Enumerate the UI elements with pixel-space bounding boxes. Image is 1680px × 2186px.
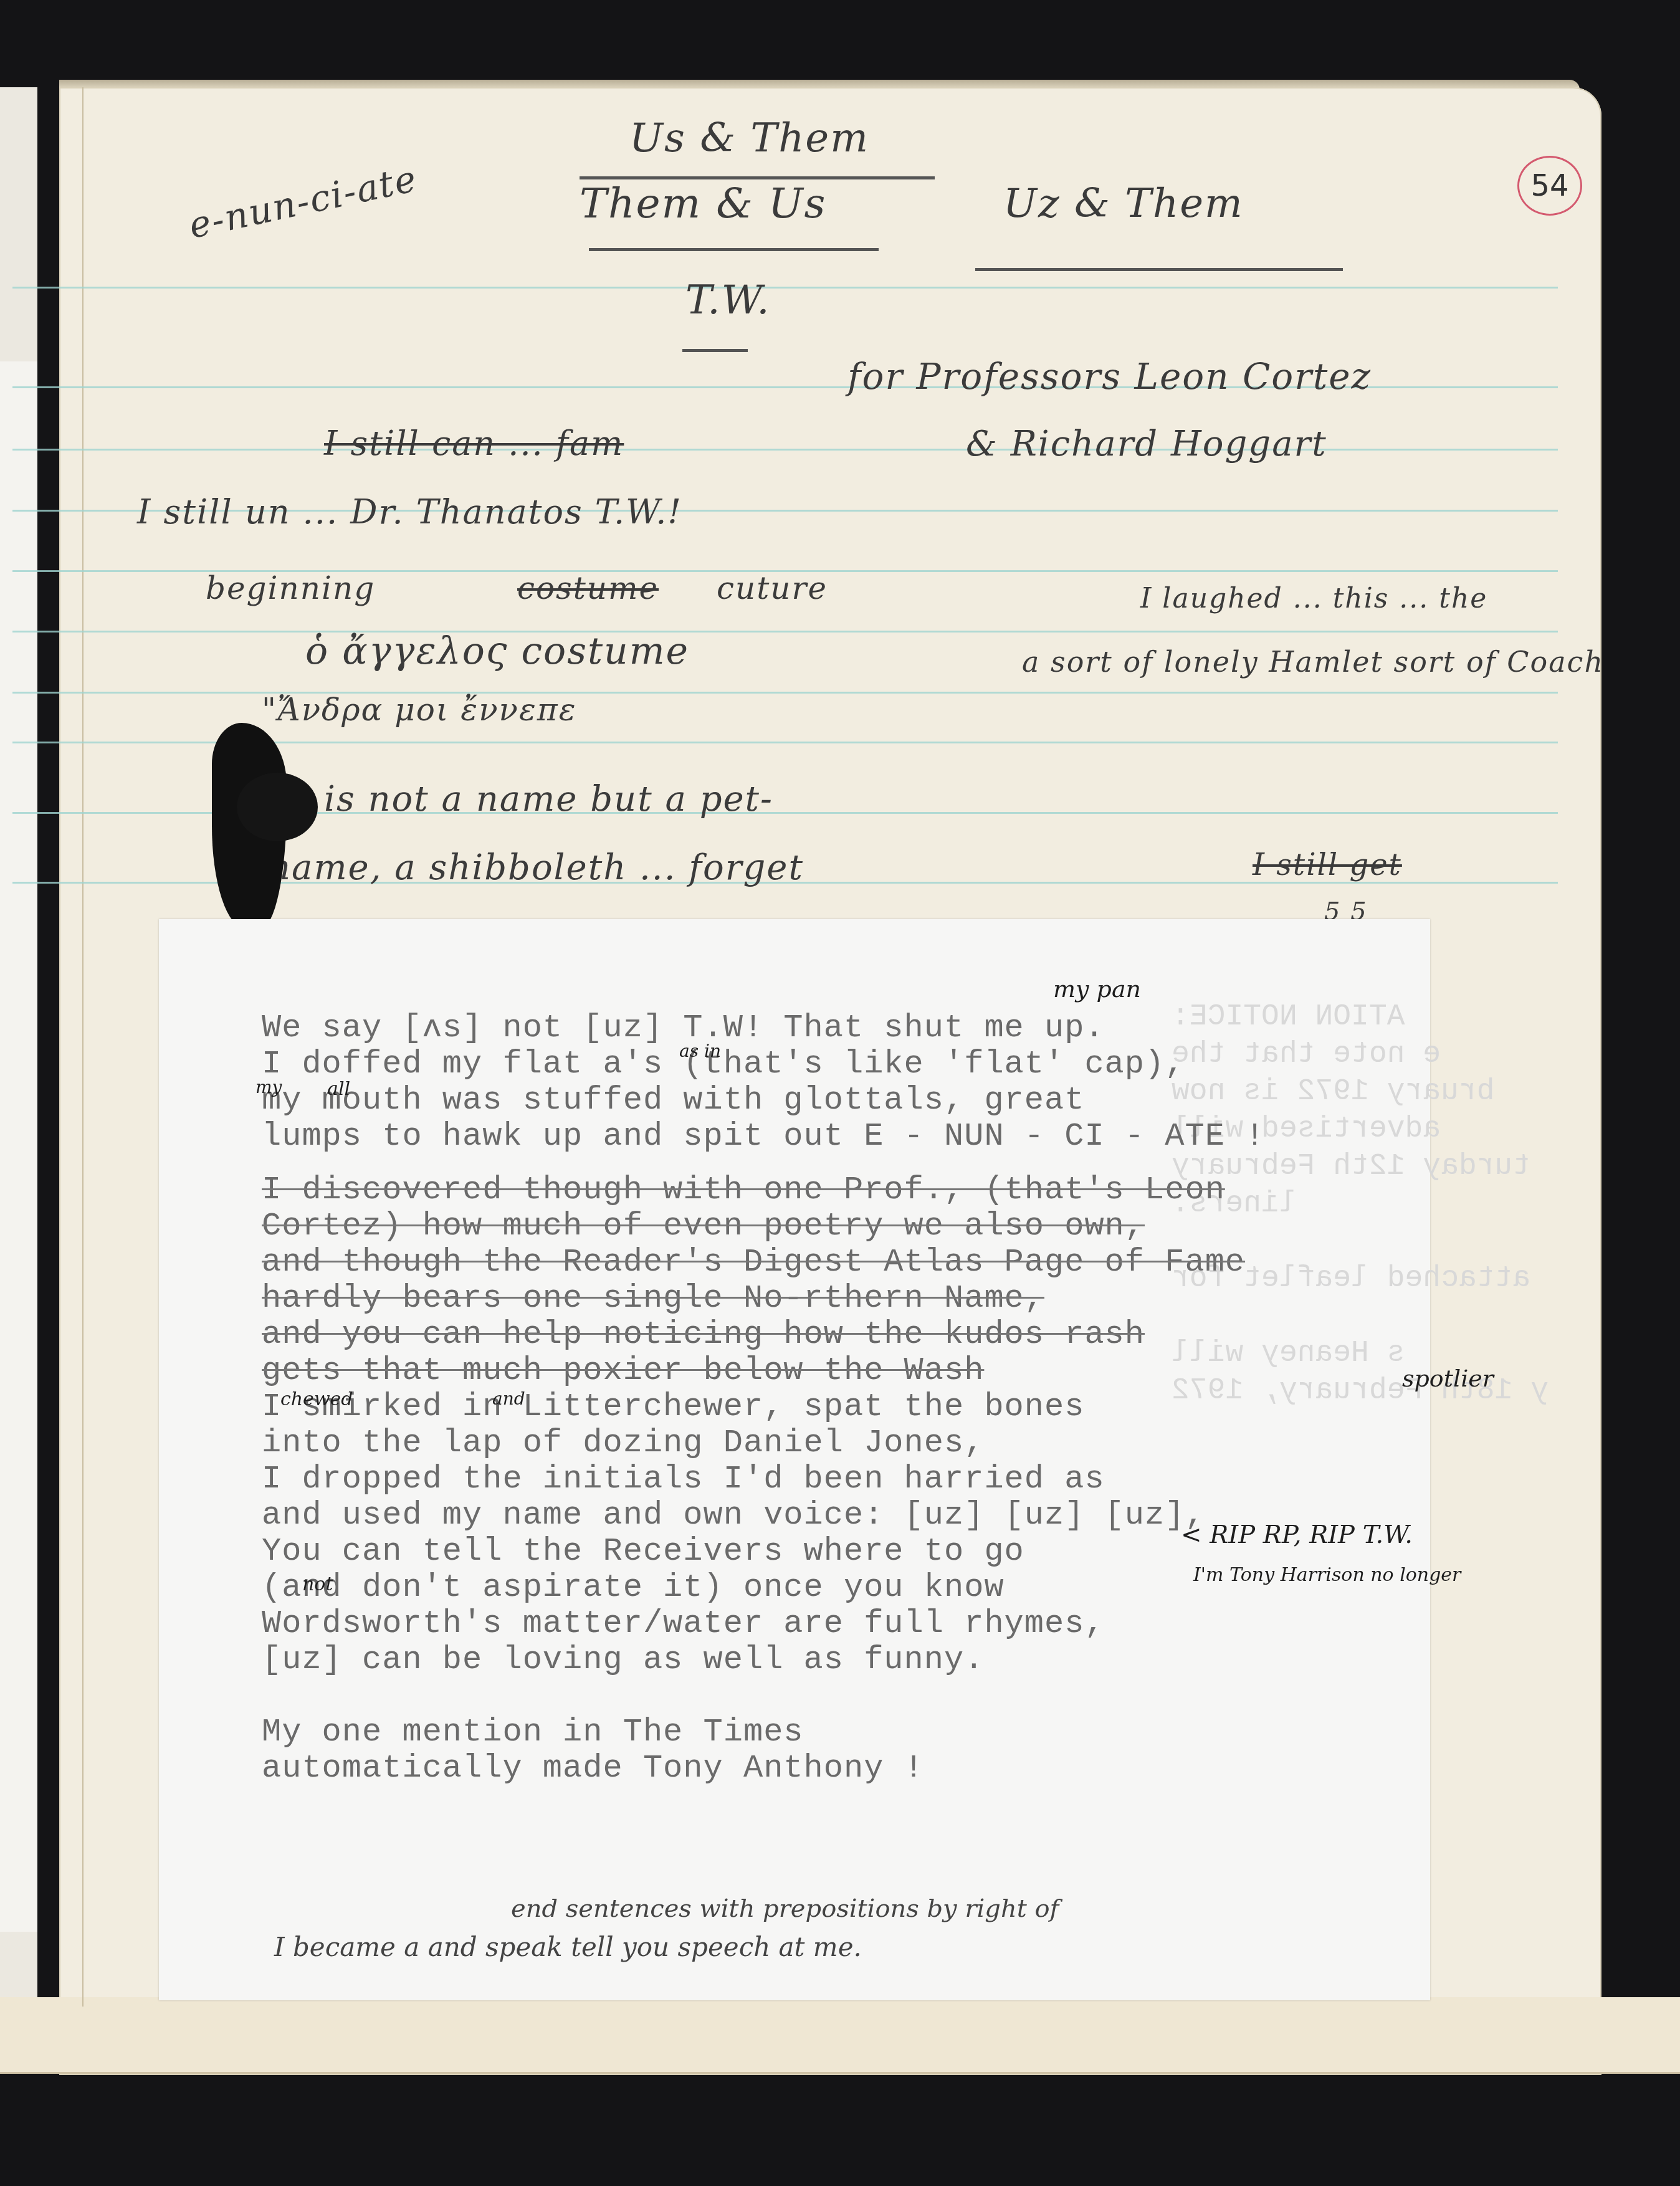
pasted-slip-left (0, 361, 37, 1932)
title-variant-them-and-us: Them & Us (580, 176, 935, 227)
note-greek-angelos: ὁ ἄγγελος costume (305, 629, 689, 673)
binding-margin (82, 87, 84, 2007)
note-still-get-struck: I still get (1253, 847, 1402, 882)
folio-number-text: 54 (1530, 168, 1568, 203)
annotation-my-pan: my pan (1053, 975, 1141, 1003)
ts-line-14: and used my name and own voice: [uz] [uz… (262, 1497, 1205, 1534)
note-sort-of-hamlet: a sort of lonely Hamlet sort of Coach (1022, 645, 1604, 679)
ts-line-20: My one mention in The Times (262, 1714, 804, 1750)
title-underline (589, 248, 879, 251)
ts-line-10: gets that much poxier below the Wash (262, 1352, 984, 1389)
ts-line-15: You can tell the Receivers where to go (262, 1533, 1024, 1570)
margin-note-tony-harrison: I'm Tony Harrison no longer (1193, 1564, 1461, 1586)
note-laughed: I laughed ... this ... the (1140, 583, 1487, 614)
footer-note-line-1: end sentences with prepositions by right… (511, 1894, 1059, 1923)
ts-line-5: I discovered though with one Prof., (tha… (262, 1172, 1225, 1208)
note-shibboleth: name, a shibboleth ... forget (268, 847, 804, 888)
subtitle-tw: T.W. (685, 277, 771, 323)
ts-line-13: I dropped the initials I'd been harried … (262, 1461, 1105, 1497)
ghost-line: e note that the (1172, 1038, 1441, 1071)
footer-note-line-2: I became a and speak tell you speech at … (274, 1932, 862, 1962)
ts-line-8: hardly bears one single No-rthern Name, (262, 1280, 1044, 1317)
ts-line-9: and you can help noticing how the kudos … (262, 1316, 1145, 1353)
ts-line-3: my mouth was stuffed with glottals, grea… (262, 1082, 1084, 1119)
ts-line-17: Wordsworth's matter/water are full rhyme… (262, 1605, 1105, 1642)
ink-blot-spread (237, 773, 318, 841)
annotation-my: my (255, 1077, 282, 1097)
ts-line-11: I smirked in Litterchewer, spat the bone… (262, 1388, 1084, 1425)
ts-line-6: Cortez) how much of even poetry we also … (262, 1208, 1145, 1244)
ts-line-4: lumps to hawk up and spit out E - NUN - … (262, 1118, 1265, 1155)
ts-line-21: automatically made Tony Anthony ! (262, 1750, 924, 1787)
ts-line-2: I doffed my flat a's (that's like 'flat'… (262, 1046, 1185, 1082)
note-pet-name: is not a name but a pet- (324, 779, 773, 819)
note-costume-struck: costume (517, 570, 659, 606)
note-greek-homer: "Ἄνδρα μοι ἔννεπε (262, 692, 576, 728)
ghost-line: s Heaney will (1172, 1337, 1405, 1370)
annotation-and: and (492, 1388, 525, 1409)
note-beginning: beginning (206, 570, 375, 606)
title-underline-2 (975, 268, 1343, 271)
note-cuture: cuture (717, 570, 828, 606)
ts-line-16: (and don't aspirate it) once you know (262, 1569, 1005, 1606)
annotation-not: not (302, 1573, 333, 1595)
ghost-line: ATION NOTICE: (1172, 1000, 1405, 1034)
annotation-chewed: chewed (280, 1388, 353, 1410)
note-thanatos: I still un ... Dr. Thanatos T.W.! (137, 492, 682, 532)
note-struck-1: I still can ... fam (324, 424, 624, 463)
ghost-line: turday 12th February (1172, 1150, 1530, 1183)
folio-number: 54 (1517, 156, 1582, 216)
annotation-all: all (327, 1078, 350, 1100)
ts-line-18: [uz] can be loving as well as funny. (262, 1641, 984, 1678)
title-variant-uz-and-them: Uz & Them (1003, 181, 1244, 227)
ts-line-12: into the lap of dozing Daniel Jones, (262, 1425, 984, 1461)
title-variant-us-and-them: Us & Them (629, 115, 869, 161)
ts-line-7: and though the Reader's Digest Atlas Pag… (262, 1244, 1245, 1281)
dedication-line-2: & Richard Hoggart (966, 424, 1327, 464)
margin-note-rip: < RIP RP, RIP T.W. (1181, 1520, 1413, 1549)
dedication-line-1: for Professors Leon Cortez (847, 355, 1372, 398)
annotation-spotlier: spotlier (1402, 1365, 1494, 1392)
page-bottom-edge (0, 1997, 1680, 2074)
ghost-line: bruary 1972 is now (1172, 1075, 1494, 1109)
subtitle-underline (682, 349, 748, 352)
annotation-as-in: as in (679, 1041, 721, 1061)
